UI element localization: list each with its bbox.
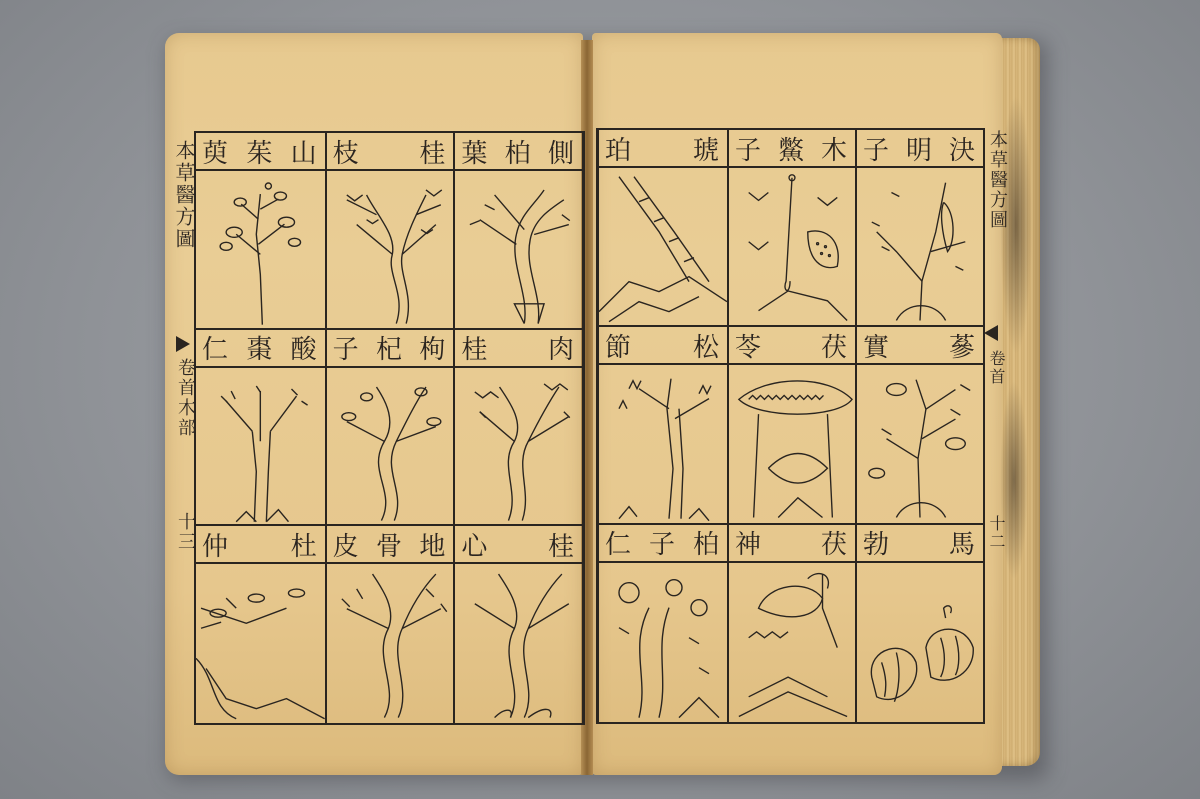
panel-label: 酸 棗 仁 xyxy=(196,330,325,368)
cinnamon-tree-illustration-icon xyxy=(455,368,582,525)
open-book: 本草醫方圖 卷首木部 十三 本草醫方圖 卷首 十二 山 茱 萸 xyxy=(0,0,1200,799)
ink-bleed xyxy=(1000,380,1028,580)
amber-pine-mountain-illustration-icon xyxy=(599,168,727,325)
panel-fushen: 茯 神 xyxy=(727,525,855,722)
fish-tail-mark-icon xyxy=(984,325,998,341)
label-char: 桂 xyxy=(548,526,576,563)
label-char: 柏 xyxy=(505,133,533,170)
label-char: 萸 xyxy=(202,133,230,170)
label-char: 山 xyxy=(291,133,319,170)
label-char: 仁 xyxy=(605,524,633,561)
panel-label: 決 明 子 xyxy=(857,130,983,168)
panel-baiziren: 柏 子 仁 xyxy=(599,525,727,722)
label-char: 枝 xyxy=(333,133,361,170)
label-char: 杜 xyxy=(291,526,319,563)
label-char: 實 xyxy=(863,327,891,364)
panel-guixin: 桂 心 xyxy=(453,526,582,723)
label-char: 桂 xyxy=(419,133,447,170)
label-char: 茱 xyxy=(246,133,274,170)
label-char: 節 xyxy=(605,327,633,364)
panel-guizhi: 桂 枝 xyxy=(325,133,454,328)
pine-illustration-icon xyxy=(599,365,727,522)
label-char: 茯 xyxy=(821,327,849,364)
tree-illustration-icon xyxy=(455,564,582,723)
tree-illustration-icon xyxy=(327,171,454,328)
panel-songjie: 松 節 xyxy=(599,327,727,522)
cypress-illustration-icon xyxy=(455,171,582,328)
panel-label: 琥 珀 xyxy=(599,130,727,168)
label-char: 葉 xyxy=(461,133,489,170)
label-char: 肉 xyxy=(548,329,576,366)
panel-row: 杜 仲 地 骨 皮 xyxy=(196,526,582,723)
panel-label: 蔘 實 xyxy=(857,327,983,365)
left-illustration-grid: 山 茱 萸 桂 枝 xyxy=(194,131,585,725)
panel-row: 琥 珀 木 鱉 子 xyxy=(599,130,983,327)
panel-label: 肉 桂 xyxy=(455,330,582,368)
jujube-tree-illustration-icon xyxy=(196,368,325,525)
label-char: 桂 xyxy=(461,329,489,366)
label-char: 酸 xyxy=(291,329,319,366)
label-char: 棗 xyxy=(246,329,274,366)
panel-label: 松 節 xyxy=(599,327,727,365)
fushen-fungus-illustration-icon xyxy=(729,563,855,722)
panel-label: 山 茱 萸 xyxy=(196,133,325,171)
label-char: 蔘 xyxy=(949,327,977,364)
panel-label: 側 柏 葉 xyxy=(455,133,582,171)
label-char: 皮 xyxy=(333,526,361,563)
panel-digupi: 地 骨 皮 xyxy=(325,526,454,723)
label-char: 子 xyxy=(649,524,677,561)
label-char: 勃 xyxy=(863,524,891,561)
panel-gouqizi: 枸 杞 子 xyxy=(325,330,454,525)
panel-shenshi: 蔘 實 xyxy=(855,327,983,522)
label-char: 地 xyxy=(419,526,447,563)
label-char: 骨 xyxy=(376,526,404,563)
panel-label: 杜 仲 xyxy=(196,526,325,564)
panel-juemingzi: 決 明 子 xyxy=(855,130,983,325)
label-char: 杞 xyxy=(376,329,404,366)
panel-label: 枸 杞 子 xyxy=(327,330,454,368)
panel-label: 地 骨 皮 xyxy=(327,526,454,564)
label-char: 茯 xyxy=(821,524,849,561)
label-char: 木 xyxy=(821,130,849,167)
eucommia-illustration-icon xyxy=(196,564,325,723)
tree-illustration-icon xyxy=(327,564,454,723)
panel-mabo: 馬 勃 xyxy=(855,525,983,722)
label-char: 珀 xyxy=(605,130,633,167)
shrub-illustration-icon xyxy=(196,171,325,328)
label-char: 琥 xyxy=(693,130,721,167)
panel-label: 木 鱉 子 xyxy=(729,130,855,168)
panel-label: 桂 枝 xyxy=(327,133,454,171)
arborvitae-seed-illustration-icon xyxy=(599,563,727,722)
panel-duzhong: 杜 仲 xyxy=(196,526,325,723)
label-char: 側 xyxy=(548,133,576,170)
panel-label: 桂 心 xyxy=(455,526,582,564)
fruiting-plant-illustration-icon xyxy=(857,365,983,522)
panel-label: 茯 苓 xyxy=(729,327,855,365)
cassia-illustration-icon xyxy=(857,168,983,325)
panel-mubiezi: 木 鱉 子 xyxy=(727,130,855,325)
label-char: 枸 xyxy=(419,329,447,366)
label-char: 子 xyxy=(735,130,763,167)
label-char: 心 xyxy=(461,526,489,563)
wolfberry-illustration-icon xyxy=(327,368,454,525)
panel-row: 酸 棗 仁 枸 杞 子 xyxy=(196,330,582,527)
panel-row: 松 節 茯 苓 xyxy=(599,327,983,524)
panel-rougui: 肉 桂 xyxy=(453,330,582,525)
label-char: 苓 xyxy=(735,327,763,364)
momordica-illustration-icon xyxy=(729,168,855,325)
panel-cebaiye: 側 柏 葉 xyxy=(453,133,582,328)
panel-row: 柏 子 仁 茯 神 xyxy=(599,525,983,722)
panel-row: 山 茱 萸 桂 枝 xyxy=(196,133,582,330)
panel-fuling: 茯 苓 xyxy=(727,327,855,522)
label-char: 仁 xyxy=(202,329,230,366)
panel-hupo: 琥 珀 xyxy=(599,130,727,325)
label-char: 子 xyxy=(863,130,891,167)
puffball-illustration-icon xyxy=(857,563,983,722)
label-char: 子 xyxy=(333,329,361,366)
panel-label: 柏 子 仁 xyxy=(599,525,727,563)
poria-mushroom-illustration-icon xyxy=(729,365,855,522)
label-char: 神 xyxy=(735,524,763,561)
fish-tail-mark-icon xyxy=(176,336,190,352)
panel-label: 馬 勃 xyxy=(857,525,983,563)
label-char: 決 xyxy=(949,130,977,167)
right-illustration-grid: 琥 珀 木 鱉 子 xyxy=(596,128,985,724)
label-char: 馬 xyxy=(949,524,977,561)
label-char: 仲 xyxy=(202,526,230,563)
panel-shanzhuyu: 山 茱 萸 xyxy=(196,133,325,328)
panel-label: 茯 神 xyxy=(729,525,855,563)
label-char: 明 xyxy=(906,130,934,167)
label-char: 鱉 xyxy=(778,130,806,167)
label-char: 柏 xyxy=(693,524,721,561)
ink-bleed xyxy=(1000,95,1032,355)
label-char: 松 xyxy=(693,327,721,364)
panel-suanzaoren: 酸 棗 仁 xyxy=(196,330,325,525)
